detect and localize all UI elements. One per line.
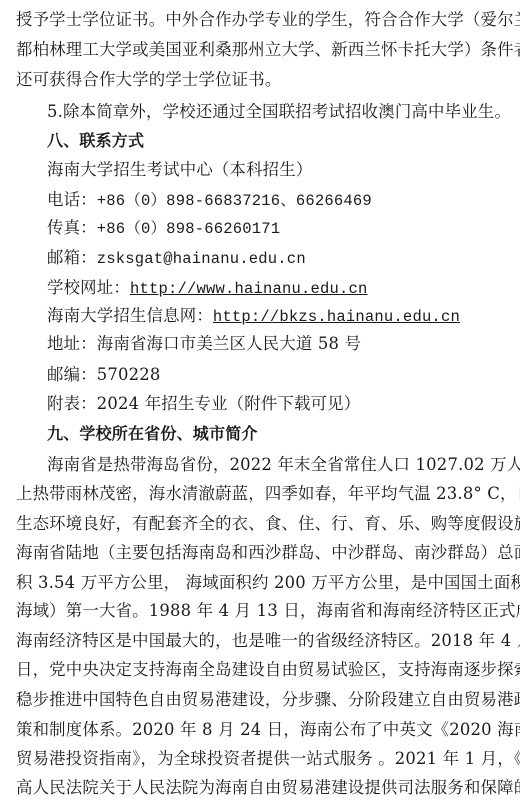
postcode-label: 邮编： (47, 365, 97, 384)
website-label: 学校网址： (47, 278, 130, 297)
paragraph-line: 还可获得合作大学的学士学位证书。 (16, 70, 510, 90)
paragraph-line: 都柏林理工大学或美国亚利桑那州立大学、新西兰怀卡托大学）条件者， (16, 40, 510, 60)
section-heading-contact: 八、联系方式 (47, 131, 510, 151)
section-heading-province: 九、学校所在省份、城市简介 (47, 424, 510, 444)
email-value: zsksgat@hainanu.edu.cn (97, 250, 306, 268)
admission-site-label: 海南大学招生信息网： (47, 306, 213, 325)
contact-admission-site: 海南大学招生信息网：http://bkzs.hainanu.edu.cn (47, 306, 510, 327)
contact-fax: 传真：+86（0）898-66260171 (47, 218, 510, 239)
paragraph-line: 高人民法院关于人民法院为海南自由贸易港建设提供司法服务和保障的 (16, 778, 510, 798)
paragraph-line: 贸易港投资指南》，为全球投资者提供一站式服务 。2021 年 1 月，《最 (16, 749, 510, 769)
paragraph-line: 稳步推进中国特色自由贸易港建设，分步骤、分阶段建立自由贸易港政 (16, 690, 510, 710)
paragraph-line: 生态环境良好，有配套齐全的衣、食、住、行、育、乐、购等度假设施。 (16, 514, 510, 534)
paragraph-line: 海南经济特区是中国最大的，也是唯一的省级经济特区。2018 年 4 月 13 (16, 631, 510, 651)
paragraph-line: 海南省陆地（主要包括海南岛和西沙群岛、中沙群岛、南沙群岛）总面 (16, 543, 510, 563)
contact-email: 邮箱：zsksgat@hainanu.edu.cn (47, 248, 510, 269)
contact-phone: 电话：+86（0）898-66837216、66266469 (47, 190, 510, 211)
address-value: 海南省海口市美兰区人民大道 58 号 (97, 334, 361, 353)
contact-postcode: 邮编：570228 (47, 365, 510, 385)
address-label: 地址： (47, 334, 97, 353)
paragraph-line: 海南省是热带海岛省份，2022 年末全省常住人口 1027.02 万人，岛 (47, 455, 510, 475)
phone-label: 电话： (47, 190, 97, 209)
paragraph-line: 授予学士学位证书。中外合作办学专业的学生，符合合作大学（爱尔兰 (16, 10, 510, 30)
contact-attachment: 附表：2024 年招生专业（附件下载可见） (47, 394, 510, 414)
contact-website: 学校网址：http://www.hainanu.edu.cn (47, 278, 510, 299)
attachment-value: 2024 年招生专业（附件下载可见） (97, 394, 361, 413)
admission-site-link[interactable]: http://bkzs.hainanu.edu.cn (213, 308, 460, 326)
paragraph-line: 5.除本简章外，学校还通过全国联招考试招收澳门高中毕业生。 (47, 102, 510, 122)
paragraph-line: 日，党中央决定支持海南全岛建设自由贸易试验区，支持海南逐步探索、 (16, 660, 510, 680)
paragraph-line: 上热带雨林茂密，海水清澈蔚蓝，四季如春，年平均气温 23.8° C，自然 (16, 484, 510, 504)
fax-value: +86（0）898-66260171 (97, 220, 280, 238)
email-label: 邮箱： (47, 248, 97, 267)
website-link[interactable]: http://www.hainanu.edu.cn (130, 280, 368, 298)
phone-value: +86（0）898-66837216、66266469 (97, 192, 372, 210)
fax-label: 传真： (47, 218, 97, 237)
contact-org: 海南大学招生考试中心（本科招生） (47, 160, 510, 180)
attachment-label: 附表： (47, 394, 97, 413)
paragraph-line: 海域）第一大省。1988 年 4 月 13 日，海南省和海南经济特区正式成立， (16, 601, 510, 621)
postcode-value: 570228 (97, 365, 161, 384)
paragraph-line: 策和制度体系。2020 年 8 月 24 日，海南公布了中英文《2020 海南自… (16, 720, 510, 740)
contact-address: 地址：海南省海口市美兰区人民大道 58 号 (47, 334, 510, 354)
paragraph-line: 积 3.54 万平方公里， 海域面积约 200 万平方公里，是中国国土面积（含 (16, 573, 510, 593)
